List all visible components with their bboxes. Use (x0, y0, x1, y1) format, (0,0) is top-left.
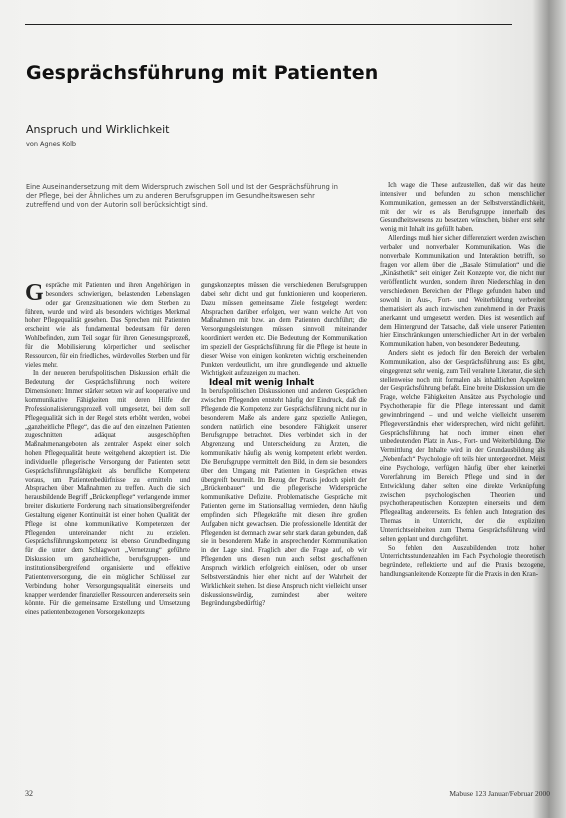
paragraph: Allerdings muß hier sicher differenziert… (380, 235, 545, 350)
paragraph: Ich wage die These aufzustellen, daß wir… (380, 182, 545, 235)
drop-cap: G (25, 283, 44, 303)
article-byline: von Agnes Kolb (26, 140, 76, 148)
body-column-1: Gespräche mit Patienten und ihren Angehö… (25, 282, 190, 767)
issue-label: Mabuse 123 Januar/Februar 2000 (449, 789, 550, 798)
paragraph: gungskonzeptes müssen die verschiedenen … (201, 282, 367, 379)
paragraph: In der neueren berufspolitischen Diskuss… (25, 370, 190, 618)
body-column-2: gungskonzeptes müssen die verschiedenen … (201, 282, 367, 767)
scanned-page: Gesprächsführung mit Patienten Anspruch … (0, 0, 566, 818)
header-rule (25, 24, 512, 25)
paragraph: Anders sieht es jedoch für den Bereich d… (380, 350, 545, 545)
paragraph: So fehlen den Auszubildenden trotz hoher… (380, 545, 545, 580)
paragraph: In berufspolitischen Diskussionen und an… (201, 388, 367, 609)
body-column-3: Ich wage die These aufzustellen, daß wir… (380, 182, 545, 767)
page-number: 32 (25, 789, 33, 798)
article-intro: Eine Auseinandersetzung mit dem Widerspr… (26, 183, 346, 210)
article-title: Gesprächsführung mit Patienten (26, 62, 378, 84)
section-heading: Ideal mit wenig Inhalt (201, 379, 367, 388)
article-subtitle: Anspruch und Wirklichkeit (26, 123, 169, 136)
paragraph: Gespräche mit Patienten und ihren Angehö… (25, 282, 190, 370)
